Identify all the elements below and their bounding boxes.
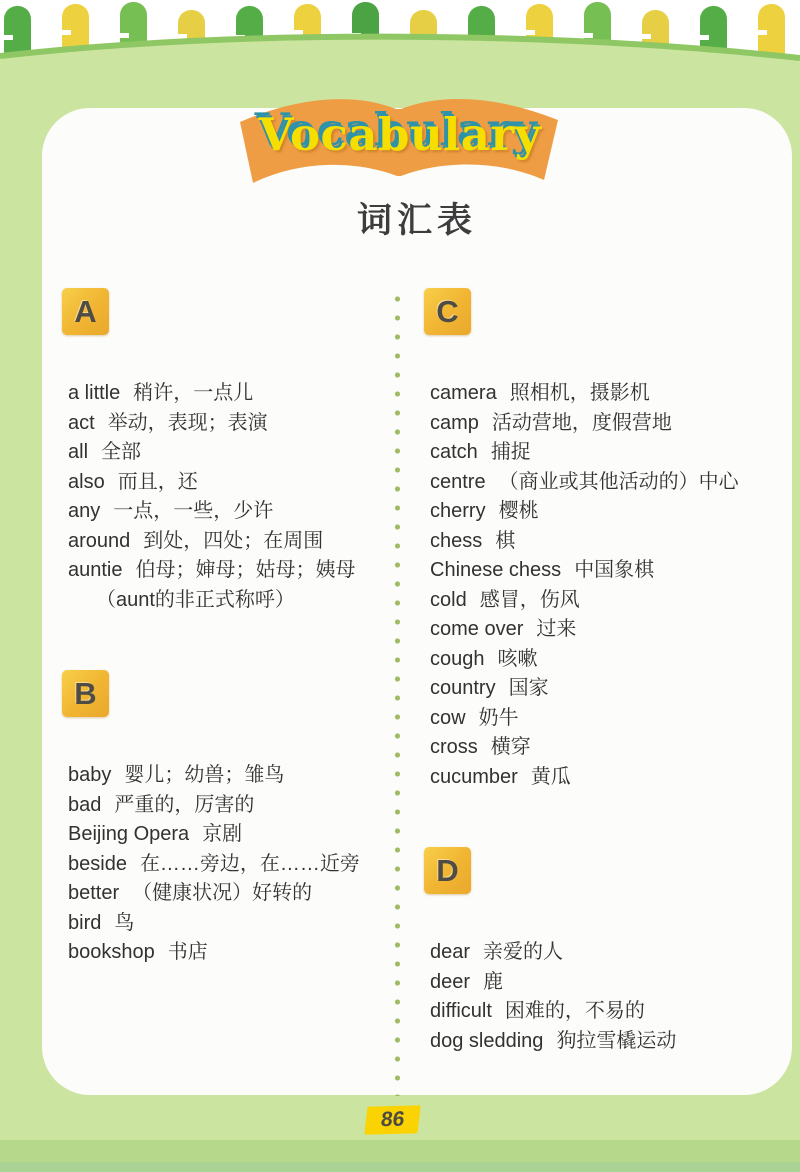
entry-word: difficult [430,1000,492,1022]
entry-note: （aunt的非正式称呼） [68,586,392,616]
entry-word: better [68,882,119,904]
vocab-entry: cough咳嗽 [430,645,776,675]
vocab-entry: chess棋 [430,527,776,557]
entry-word: dog sledding [430,1030,543,1052]
entry-word: cough [430,648,485,670]
vocab-entry: bookshop书店 [68,938,392,968]
vocab-entry: Beijing Opera京剧 [68,820,392,850]
banner-title: Vocabulary [230,108,570,161]
entry-definition: 奶牛 [479,707,519,729]
entry-word: bad [68,794,101,816]
entry-definition: 横穿 [491,736,531,758]
entry-list-b: baby婴儿；幼兽；雏鸟bad严重的，厉害的Beijing Opera京剧bes… [62,761,392,968]
vocab-entry: dog sledding狗拉雪橇运动 [430,1027,776,1057]
column-left: Aa little稍许，一点儿act举动，表现；表演all全部also而且，还a… [62,288,392,968]
vocab-entry: a little稍许，一点儿 [68,379,392,409]
entry-word: any [68,500,100,522]
vocab-entry: dear亲爱的人 [430,938,776,968]
entry-word: around [68,530,130,552]
entry-list-d: dear亲爱的人deer鹿difficult困难的，不易的dog sleddin… [424,938,776,1056]
entry-word: Beijing Opera [68,823,189,845]
entry-definition: 咳嗽 [498,648,538,670]
entry-word: beside [68,853,127,875]
dotted-divider [394,290,401,1096]
vocab-entry: come over过来 [430,615,776,645]
section-badge-d: D [424,847,471,894]
entry-word: chess [430,530,482,552]
vocab-entry: cucumber黄瓜 [430,763,776,793]
entry-definition: 困难的，不易的 [505,1000,645,1022]
vocab-entry: cow奶牛 [430,704,776,734]
entry-definition: 举动，表现；表演 [108,412,268,434]
entry-definition: （健康状况）好转的 [132,882,312,904]
entry-definition: 过来 [536,618,576,640]
entry-definition: （商业或其他活动的）中心 [499,471,739,493]
vocab-entry: all全部 [68,438,392,468]
entry-word: bookshop [68,941,155,963]
entry-word: camp [430,412,479,434]
entry-word: cross [430,736,478,758]
entry-word: country [430,677,496,699]
entry-definition: 亲爱的人 [483,941,563,963]
entry-definition: 而且，还 [118,471,198,493]
section-badge-a: A [62,288,109,335]
entry-word: come over [430,618,523,640]
section-badge-b: B [62,670,109,717]
vocab-entry: camera照相机，摄影机 [430,379,776,409]
section-badge-c: C [424,288,471,335]
entry-list-a: a little稍许，一点儿act举动，表现；表演all全部also而且，还an… [62,379,392,615]
entry-word: centre [430,471,486,493]
vocab-entry: camp活动营地，度假营地 [430,409,776,439]
entry-definition: 国家 [509,677,549,699]
entry-word: deer [430,971,470,993]
section-letter: C [436,294,458,330]
vocab-entry: around到处，四处；在周围 [68,527,392,557]
vocab-entry: cold感冒，伤风 [430,586,776,616]
entry-definition: 中国象棋 [574,559,654,581]
vocab-entry: bird鸟 [68,909,392,939]
entry-word: cucumber [430,766,518,788]
entry-definition: 严重的，厉害的 [114,794,254,816]
entry-definition: 照相机，摄影机 [510,382,650,404]
vocab-entry: centre（商业或其他活动的）中心 [430,468,776,498]
entry-word: dear [430,941,470,963]
entry-word: act [68,412,95,434]
vocab-entry: deer鹿 [430,968,776,998]
entry-definition: 感冒，伤风 [480,589,580,611]
entry-word: catch [430,441,478,463]
entry-definition: 到处，四处；在周围 [143,530,323,552]
entry-definition: 鸟 [114,912,134,934]
entry-word: cow [430,707,466,729]
vocab-entry: catch捕捉 [430,438,776,468]
entry-definition: 活动营地，度假营地 [492,412,672,434]
vocab-entry: auntie伯母；婶母；姑母；姨母 [68,556,392,586]
entry-definition: 京剧 [202,823,242,845]
vocab-entry: better（健康状况）好转的 [68,879,392,909]
page-title-cn: 词汇表 [42,193,792,243]
vocab-entry: Chinese chess中国象棋 [430,556,776,586]
entry-definition: 樱桃 [499,500,539,522]
entry-word: camera [430,382,497,404]
column-right: Ccamera照相机，摄影机camp活动营地，度假营地catch捕捉centre… [424,288,776,1056]
vocabulary-banner: Vocabulary [230,88,570,186]
entry-word: all [68,441,88,463]
entry-definition: 棋 [495,530,515,552]
vocab-entry: beside在……旁边，在……近旁 [68,850,392,880]
entry-definition: 捕捉 [491,441,531,463]
entry-word: also [68,471,105,493]
vocab-entry: cherry樱桃 [430,497,776,527]
entry-definition: 黄瓜 [531,766,571,788]
entry-word: cherry [430,500,486,522]
entry-definition: 一点，一些，少许 [113,500,273,522]
section-letter: D [436,853,458,889]
entry-word: auntie [68,559,123,581]
section-letter: A [74,294,96,330]
entry-definition: 伯母；婶母；姑母；姨母 [136,559,356,581]
bottom-band-decoration [0,1140,800,1162]
entry-definition: 鹿 [483,971,503,993]
entry-definition: 稍许，一点儿 [133,382,253,404]
vocab-entry: any一点，一些，少许 [68,497,392,527]
entry-definition: 婴儿；幼兽；雏鸟 [124,764,284,786]
entry-list-c: camera照相机，摄影机camp活动营地，度假营地catch捕捉centre（… [424,379,776,792]
vocab-entry: bad严重的，厉害的 [68,791,392,821]
bottom-edge-decoration [0,1162,800,1172]
vocab-entry: baby婴儿；幼兽；雏鸟 [68,761,392,791]
vocab-entry: also而且，还 [68,468,392,498]
entry-word: Chinese chess [430,559,561,581]
section-letter: B [74,676,96,712]
vocab-entry: difficult困难的，不易的 [430,997,776,1027]
entry-word: cold [430,589,467,611]
vocab-entry: country国家 [430,674,776,704]
vocab-entry: cross横穿 [430,733,776,763]
page-number-badge: 86 [364,1105,421,1134]
entry-definition: 书店 [168,941,208,963]
entry-definition: 在……旁边，在……近旁 [140,853,360,875]
entry-word: a little [68,382,120,404]
content-card: 词汇表 Aa little稍许，一点儿act举动，表现；表演all全部also而… [42,108,792,1095]
entry-definition: 狗拉雪橇运动 [556,1030,676,1052]
entry-definition: 全部 [101,441,141,463]
entry-word: baby [68,764,111,786]
entry-word: bird [68,912,101,934]
vocab-entry: act举动，表现；表演 [68,409,392,439]
